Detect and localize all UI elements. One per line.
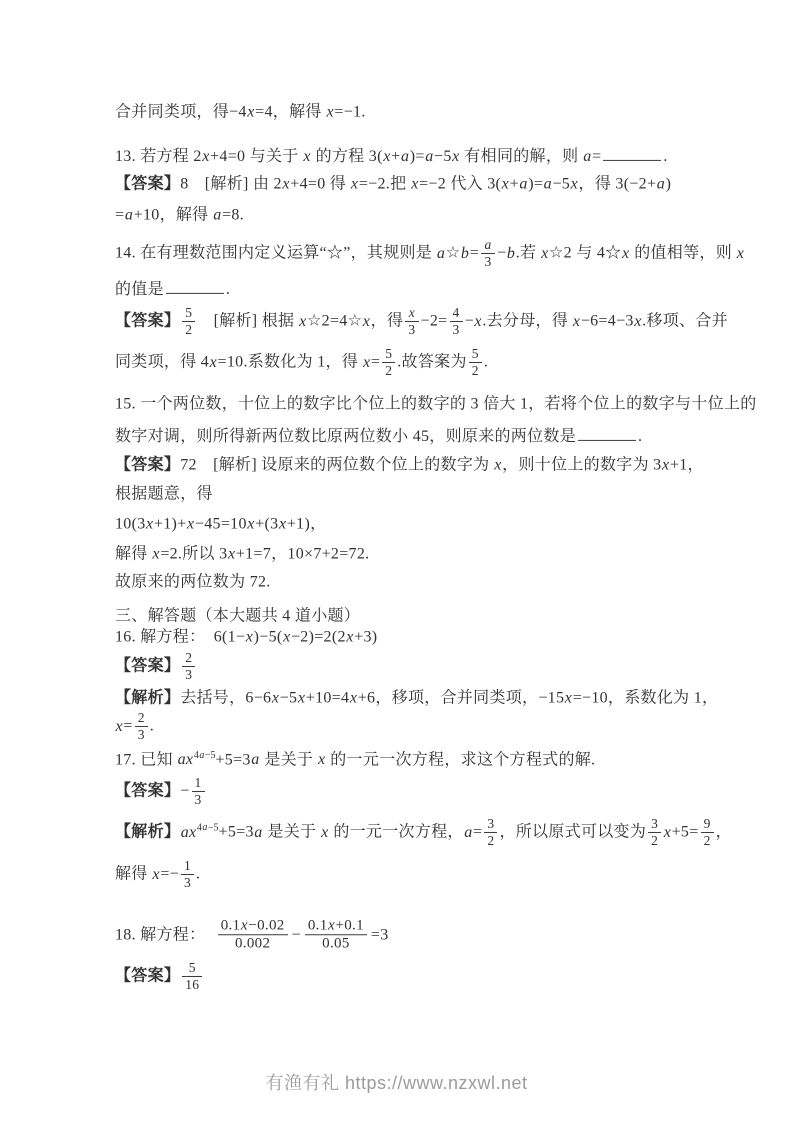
- text-run: ax: [180, 824, 197, 841]
- fraction: 92: [701, 816, 714, 848]
- fraction-denominator: 3: [192, 792, 205, 808]
- fraction: 23: [135, 710, 148, 742]
- label-tag: 【答案】: [115, 968, 180, 985]
- fraction-numerator: 4: [450, 305, 463, 322]
- question-14-line2: 的值是.: [115, 277, 230, 299]
- fraction-numerator: 2: [135, 710, 148, 727]
- answer-18: 【答案】516: [115, 961, 204, 993]
- text-run: 8 [解析] 由 2x+4=0 得 x=−2.把 x=−2 代入 3(x+a)=…: [180, 175, 671, 192]
- exponent: 4a−5: [197, 822, 219, 833]
- answer-15-line5: 故原来的两位数为 72.: [115, 572, 271, 591]
- text-run: 10(3x+1)+x−45=10x+(3x+1)，: [115, 515, 326, 532]
- question-15-line2: 数字对调，则所得新两位数比原两位数小 45，则原来的两位数是.: [115, 424, 642, 446]
- text-run: 15. 一个两位数，十位上的数字比个位上的数字的 3 倍大 1，若将个位上的数字…: [115, 395, 757, 412]
- fraction-numerator: 5: [469, 346, 482, 363]
- answer-blank: [578, 424, 636, 441]
- text-run: −x.去分母，得 x−6=4−3x.移项、合并: [465, 313, 728, 330]
- analysis-16-line2: x=23.: [115, 711, 154, 743]
- question-18: 18. 解方程： 0.1x−0.020.002−0.1x+0.10.05=3: [115, 918, 389, 954]
- answer-13-line2: =a+10，解得 a=8.: [115, 205, 244, 224]
- fraction-numerator: 5: [182, 960, 202, 977]
- section-3-header: 三、解答题（本大题共 4 道小题）: [115, 606, 360, 625]
- text-run: 的值是: [115, 281, 164, 298]
- text-run: =3: [371, 927, 389, 944]
- q12-solution-cont: 合并同类项，得−4x=4，解得 x=−1.: [115, 102, 366, 121]
- answer-14-line2: 同类项，得 4x=10.系数化为 1，得 x=52.故答案为52.: [115, 347, 488, 379]
- fraction-numerator: 5: [382, 346, 395, 363]
- text-run: x+5=: [663, 824, 698, 841]
- fraction-denominator: 2: [382, 363, 395, 379]
- fraction: 0.1x+0.10.05: [305, 917, 367, 953]
- fraction: x3: [405, 305, 418, 337]
- answer-13-line1: 【答案】8 [解析] 由 2x+4=0 得 x=−2.把 x=−2 代入 3(x…: [115, 174, 671, 193]
- fraction-numerator: 5: [182, 305, 195, 322]
- text-run: .: [226, 281, 230, 298]
- question-16: 16. 解方程： 6(1−x)−5(x−2)=2(2x+3): [115, 627, 377, 646]
- text-run: 16. 解方程： 6(1−x)−5(x−2)=2(2x+3): [115, 628, 377, 645]
- text-run: .: [196, 866, 200, 883]
- text-run: 去括号，6−6x−5x+10=4x+6，移项，合并同类项，−15x=−10，系数…: [180, 689, 718, 706]
- text-run: 18. 解方程：: [115, 927, 214, 944]
- text-run: [解析] 根据 x☆2=4☆x，得: [197, 313, 403, 330]
- label-tag: 【答案】: [115, 456, 180, 473]
- fraction: 52: [182, 305, 195, 337]
- fraction: 52: [382, 346, 395, 378]
- text-run: 数字对调，则所得新两位数比原两位数小 45，则原来的两位数是: [115, 428, 576, 445]
- fraction: a3: [481, 237, 495, 269]
- fraction-denominator: 2: [648, 833, 661, 849]
- answer-15-line4: 解得 x=2.所以 3x+1=7，10×7+2=72.: [115, 544, 369, 563]
- question-13: 13. 若方程 2x+4=0 与关于 x 的方程 3(x+a)=a−5x 有相同…: [115, 144, 668, 166]
- label-tag: 【解析】: [115, 689, 180, 706]
- fraction: 0.1x−0.020.002: [218, 917, 288, 953]
- fraction-numerator: x: [405, 305, 418, 322]
- text-run: +5=3a 是关于 x 的一元一次方程，a=: [219, 824, 483, 841]
- text-run: =a+10，解得 a=8.: [115, 206, 244, 223]
- text-run: .故答案为: [397, 354, 467, 371]
- fraction: 516: [182, 960, 202, 992]
- fraction: 52: [469, 346, 482, 378]
- text-run: .: [638, 428, 642, 445]
- fraction-numerator: 2: [182, 650, 195, 667]
- answer-blank: [166, 277, 224, 294]
- text-run: 故原来的两位数为 72.: [115, 573, 271, 590]
- text-run: 72 [解析] 设原来的两位数个位上的数字为 x，则十位上的数字为 3x+1，: [180, 456, 704, 473]
- analysis-17-line2: 解得 x=−13.: [115, 859, 200, 891]
- text-run: −b.若 x☆2 与 4☆x 的值相等，则 x: [497, 245, 745, 262]
- text-run: −: [180, 783, 189, 800]
- fraction: 32: [484, 816, 497, 848]
- fraction-numerator: 1: [192, 775, 205, 792]
- fraction-numerator: 9: [701, 816, 714, 833]
- label-tag: 【答案】: [115, 658, 180, 675]
- answer-14-line1: 【答案】52 [解析] 根据 x☆2=4☆x，得x3−2=43−x.去分母，得 …: [115, 306, 728, 338]
- watermark-footer: 有渔有礼 https://www.nzxwl.net: [0, 1069, 793, 1095]
- fraction-denominator: 16: [182, 977, 202, 993]
- fraction-numerator: 0.1x−0.02: [218, 917, 288, 935]
- text-run: 解得 x=2.所以 3x+1=7，10×7+2=72.: [115, 545, 369, 562]
- fraction-denominator: 3: [182, 667, 195, 683]
- fraction-denominator: 2: [182, 322, 195, 338]
- text-run: −: [292, 927, 301, 944]
- question-15-line1: 15. 一个两位数，十位上的数字比个位上的数字的 3 倍大 1，若将个位上的数字…: [115, 394, 757, 413]
- question-17: 17. 已知 ax4a−5+5=3a 是关于 x 的一元一次方程，求这个方程式的…: [115, 750, 595, 770]
- answer-17: 【答案】−13: [115, 776, 207, 808]
- fraction-denominator: 3: [405, 322, 418, 338]
- fraction-denominator: 2: [701, 833, 714, 849]
- fraction-numerator: 0.1x+0.1: [305, 917, 367, 935]
- fraction-denominator: 3: [181, 875, 194, 891]
- text-run: 14. 在有理数范围内定义运算“☆”，其规则是 a☆b=: [115, 245, 479, 262]
- fraction-numerator: a: [481, 237, 495, 254]
- text-run: 17. 已知 ax: [115, 752, 194, 769]
- text-run: 13. 若方程 2x+4=0 与关于 x 的方程 3(x+a)=a−5x 有相同…: [115, 148, 601, 165]
- answer-16: 【答案】23: [115, 651, 197, 683]
- fraction: 13: [192, 775, 205, 807]
- fraction-denominator: 2: [484, 833, 497, 849]
- text-run: 解得 x=−: [115, 866, 179, 883]
- text-run: ，: [716, 824, 732, 841]
- text-run: 合并同类项，得−4x=4，解得 x=−1.: [115, 103, 366, 120]
- analysis-16-line1: 【解析】去括号，6−6x−5x+10=4x+6，移项，合并同类项，−15x=−1…: [115, 688, 718, 707]
- fraction-denominator: 3: [450, 322, 463, 338]
- fraction-denominator: 0.05: [305, 936, 367, 953]
- document-page: 有渔有礼 https://www.nzxwl.net 合并同类项，得−4x=4，…: [0, 0, 793, 1122]
- label-tag: 【答案】: [115, 175, 180, 192]
- exponent: 4a−5: [194, 750, 216, 761]
- text-run: 同类项，得 4x=10.系数化为 1，得 x=: [115, 354, 380, 371]
- fraction-numerator: 3: [484, 816, 497, 833]
- text-run: −2=: [421, 313, 448, 330]
- text-run: +5=3a 是关于 x 的一元一次方程，求这个方程式的解.: [215, 752, 595, 769]
- fraction-denominator: 0.002: [218, 936, 288, 953]
- label-tag: 【解析】: [115, 824, 180, 841]
- fraction: 32: [648, 816, 661, 848]
- text-run: .: [663, 148, 667, 165]
- text-run: ，所以原式可以变为: [499, 824, 646, 841]
- text-run: 根据题意，得: [115, 485, 213, 502]
- fraction-denominator: 3: [135, 727, 148, 743]
- fraction: 23: [182, 650, 195, 682]
- fraction: 43: [450, 305, 463, 337]
- fraction-numerator: 1: [181, 858, 194, 875]
- label-tag: 【答案】: [115, 313, 180, 330]
- text-run: 三、解答题（本大题共 4 道小题）: [115, 607, 360, 624]
- text-run: .: [150, 718, 154, 735]
- answer-15-line1: 【答案】72 [解析] 设原来的两位数个位上的数字为 x，则十位上的数字为 3x…: [115, 455, 704, 474]
- answer-15-line3: 10(3x+1)+x−45=10x+(3x+1)，: [115, 514, 326, 533]
- fraction-numerator: 3: [648, 816, 661, 833]
- question-14-line1: 14. 在有理数范围内定义运算“☆”，其规则是 a☆b=a3−b.若 x☆2 与…: [115, 238, 745, 270]
- fraction: 13: [181, 858, 194, 890]
- text-run: x=: [115, 718, 133, 735]
- text-run: .: [484, 354, 488, 371]
- answer-blank: [603, 144, 661, 161]
- fraction-denominator: 2: [469, 363, 482, 379]
- fraction-denominator: 3: [481, 254, 495, 270]
- answer-15-line2: 根据题意，得: [115, 484, 213, 503]
- label-tag: 【答案】: [115, 783, 180, 800]
- analysis-17-line1: 【解析】ax4a−5+5=3a 是关于 x 的一元一次方程，a=32，所以原式可…: [115, 817, 732, 849]
